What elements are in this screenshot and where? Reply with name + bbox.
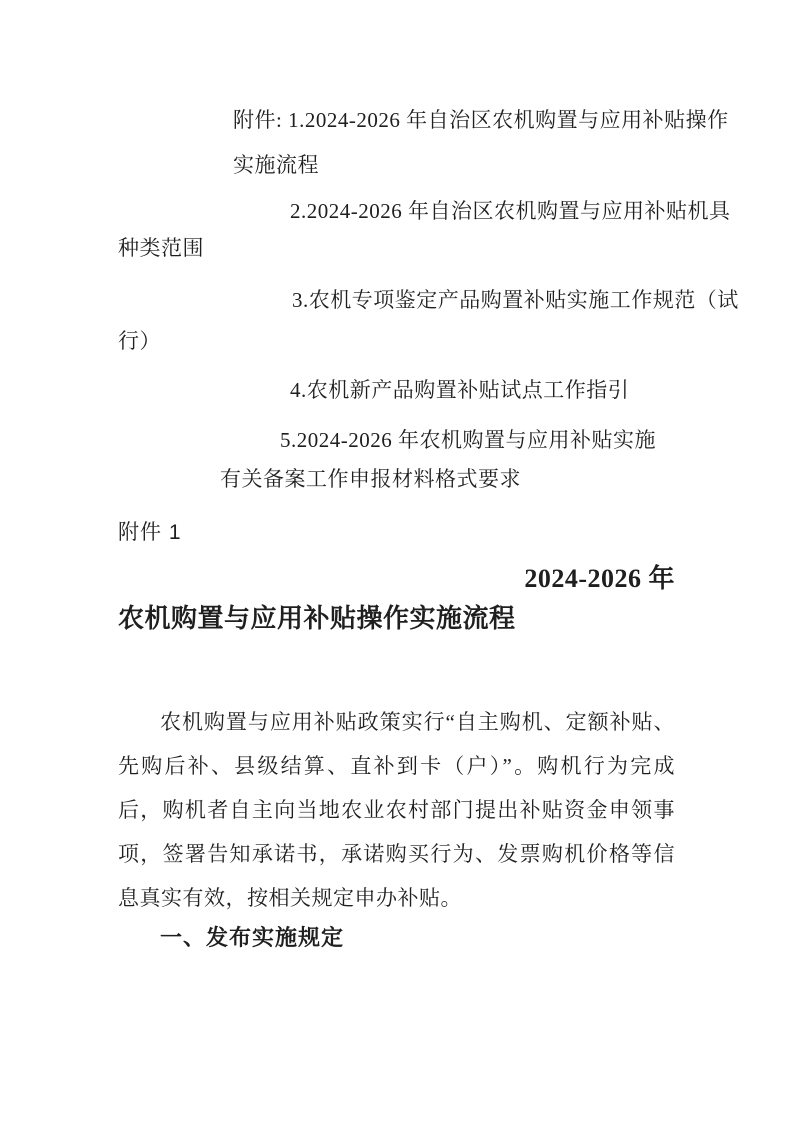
attachment-list-line-3: 2.2024-2026 年自治区农机购置与应用补贴机具 <box>290 197 731 225</box>
document-title-line-2: 农机购置与应用补贴操作实施流程 <box>118 601 675 637</box>
attachment-list-line-8: 5.2024-2026 年农机购置与应用补贴实施 <box>280 426 656 454</box>
attachment-list-line-4: 种类范围 <box>118 234 204 262</box>
attachment-list-line-6: 行） <box>118 327 161 355</box>
attachment-list-line-2: 实施流程 <box>233 151 319 179</box>
annex-number-label: 附件 1 <box>118 519 182 547</box>
body-paragraph: 农机购置与应用补贴政策实行“自主购机、定额补贴、先购后补、县级结算、直补到卡（户… <box>118 700 675 920</box>
section-heading: 一、发布实施规定 <box>160 924 344 952</box>
document-title-line-1: 2024-2026 年 <box>118 561 675 597</box>
attachment-list-line-9: 有关备案工作申报材料格式要求 <box>220 465 521 493</box>
attachment-list-line-5: 3.农机专项鉴定产品购置补贴实施工作规范（试 <box>292 286 739 314</box>
attachment-list-line-1: 附件: 1.2024-2026 年自治区农机购置与应用补贴操作 <box>233 106 729 134</box>
attachment-list-line-7: 4.农机新产品购置补贴试点工作指引 <box>290 376 629 404</box>
document-page: 附件: 1.2024-2026 年自治区农机购置与应用补贴操作 实施流程 2.2… <box>0 0 793 1122</box>
